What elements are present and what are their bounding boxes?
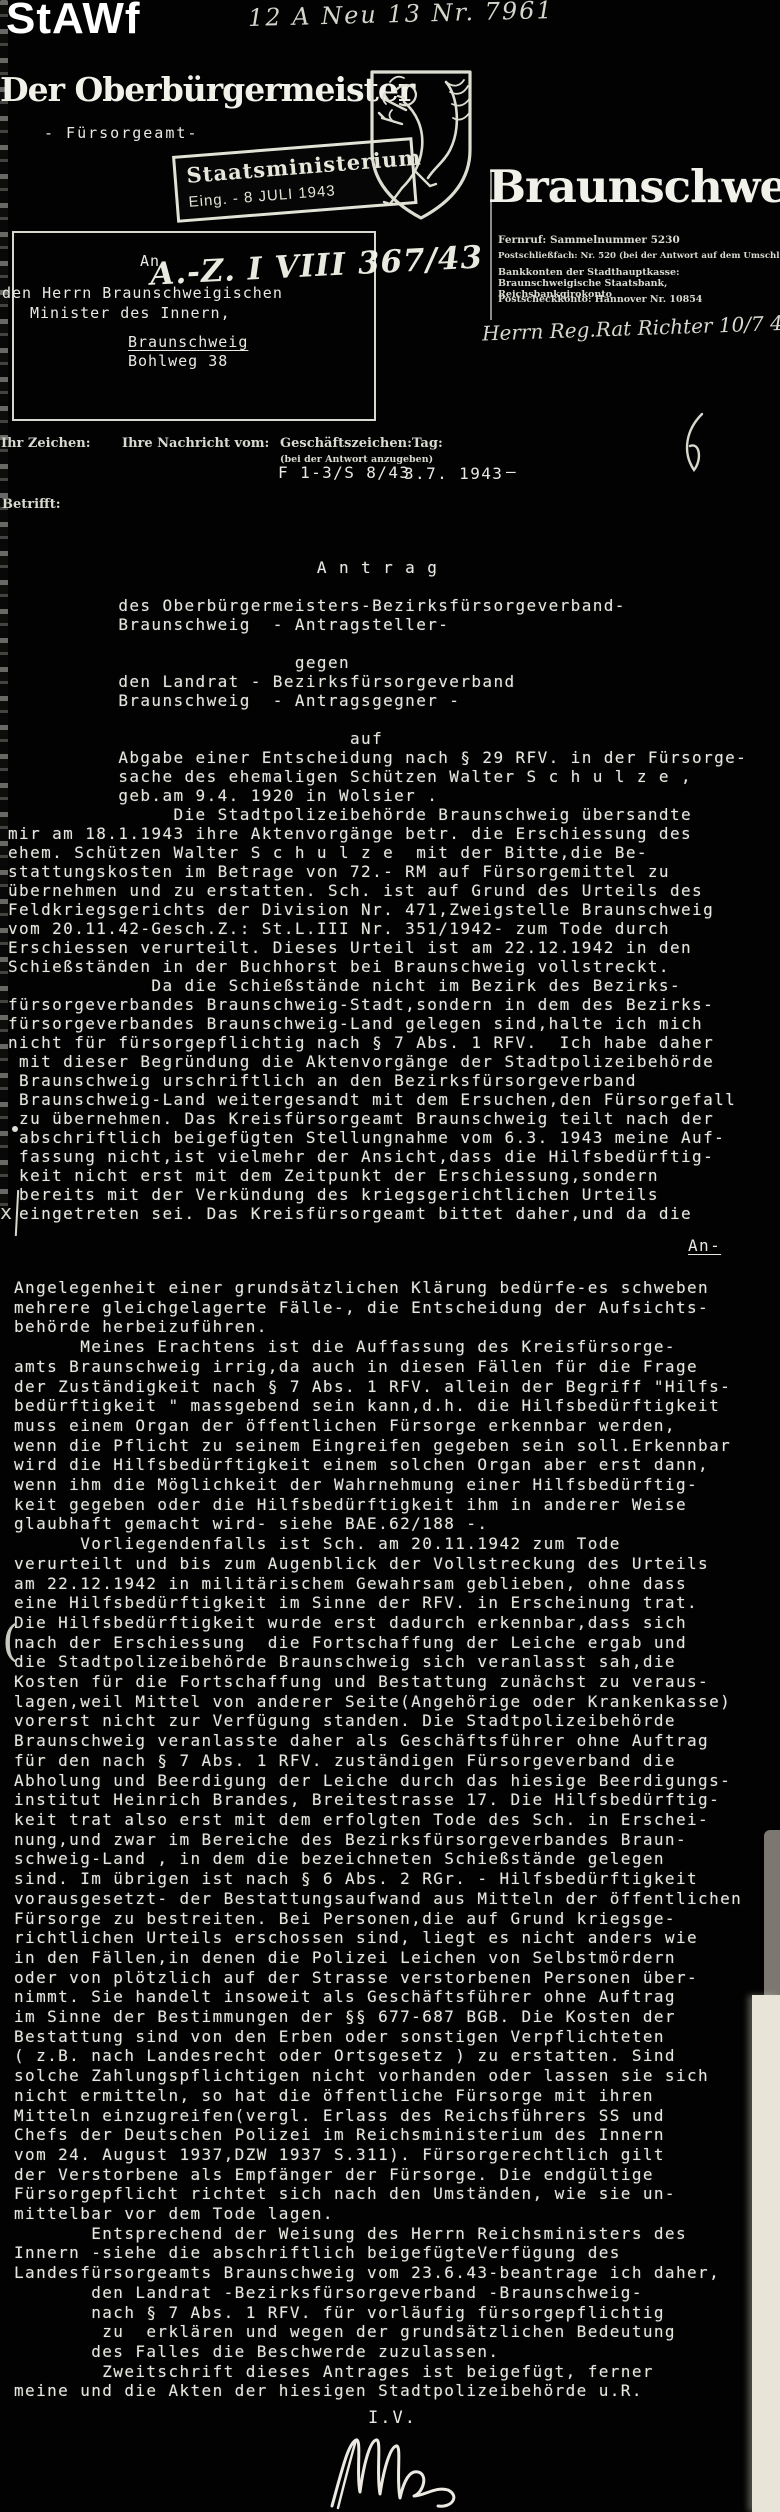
betrifft-label: Betrifft: (2, 497, 61, 512)
page1-catchword: An- (688, 1236, 721, 1255)
letterhead-sender-title: Der Oberbürgermeister (0, 70, 414, 109)
tag-label: Tag: (412, 436, 443, 451)
letterhead-divider (490, 172, 492, 320)
archive-watermark-label: StAWf (6, 0, 141, 44)
ihre-nachricht-label: Ihre Nachricht vom: (122, 436, 269, 451)
recipient-street: Bohlweg 38 (128, 352, 228, 370)
handwritten-shelfmark: 12 A Neu 13 Nr. 7961 (248, 0, 554, 32)
margin-dot-mark (12, 1126, 18, 1132)
film-edge-strip (0, 0, 8, 1215)
recipient-line2: Minister des Innern, (30, 304, 231, 322)
tag-dash-mark: — (506, 462, 516, 481)
page1-body-text: A n t r a g des Oberbürgermeisters-Bezir… (8, 558, 747, 1223)
margin-x-check-icon: x (0, 1200, 12, 1224)
paper-edge-strip (752, 1995, 780, 2512)
closing-iv: I.V. (368, 2408, 417, 2428)
handwritten-routing-note: Herrn Reg.Rat Richter 10/7 43 (482, 311, 780, 346)
geschaeftszeichen-value: F 1-3/S 8/43 (278, 463, 410, 482)
recipient-city: Braunschweig (128, 333, 248, 351)
page2-body-text: Angelegenheit einer grundsätzlichen Klär… (14, 1278, 742, 2401)
tag-value: 3.7. 1943 (404, 464, 503, 483)
letterhead-department: - Fürsorgeamt- (44, 124, 198, 142)
handwritten-signature-icon (318, 2430, 488, 2512)
contact-line-bank-header: Bankkonten der Stadthauptkasse: (498, 267, 680, 278)
pen-flourish-icon (676, 408, 712, 478)
ihr-zeichen-label: Ihr Zeichen: (1, 436, 91, 451)
recipient-line1: den Herrn Braunschweigischen (2, 284, 283, 302)
paper-edge-glare (764, 1830, 780, 2000)
letterhead-city: Braunschweig (488, 160, 780, 213)
contact-line-postfach: Postschließfach: Nr. 520 (bei der Antwor… (498, 251, 780, 261)
document-scan-page: StAWf 12 A Neu 13 Nr. 7961 Der Oberbürge… (0, 0, 780, 2512)
address-window-box (12, 231, 376, 421)
recipient-an: An (140, 252, 160, 270)
margin-bracket-mark: ( (2, 1616, 19, 1667)
contact-line-postscheck: Postscheckkonto: Hannover Nr. 10854 (498, 294, 702, 305)
geschaeftszeichen-label: Geschäftszeichen: (280, 436, 412, 451)
contact-line-fernruf: Fernruf: Sammelnummer 5230 (498, 234, 680, 246)
